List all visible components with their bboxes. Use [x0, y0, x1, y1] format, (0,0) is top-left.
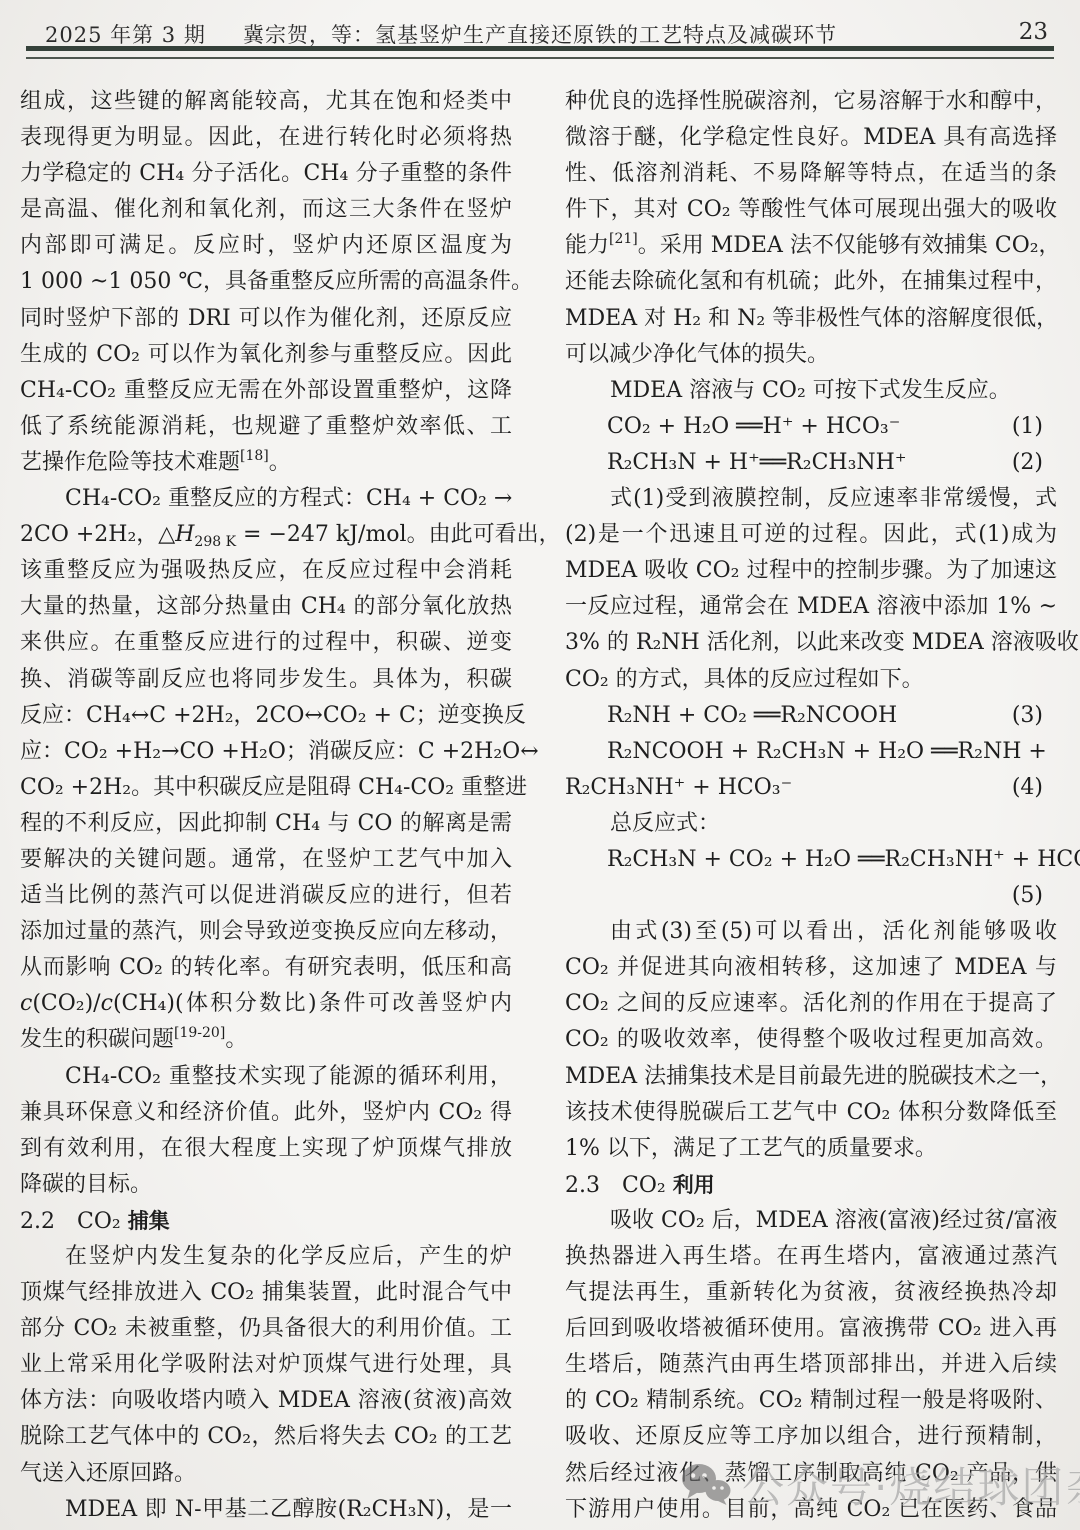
text-line: R₂CH₃NH⁺ + HCO₃⁻(4): [565, 770, 1057, 806]
text-line: R₂CH₃N + H⁺══R₂CH₃NH⁺(2): [565, 445, 1057, 481]
text-line: 还能去除硫化氢和有机硫；此外，在捕集过程中，: [565, 264, 1057, 300]
text-line: 添加过量的蒸汽，则会导致逆变换反应向左移动，: [20, 914, 512, 950]
text-line: CO₂ +2H₂。其中积碳反应是阻碍 CH₄-CO₂ 重整进: [20, 770, 512, 806]
text-line: 换、消碳等副反应也将同步发生。具体为，积碳: [20, 662, 512, 698]
text-line: 种优良的选择性脱碳溶剂，它易溶解于水和醇中，: [565, 84, 1057, 120]
text-line: R₂NCOOH + R₂CH₃N + H₂O ══R₂NH +: [565, 734, 1057, 770]
text-line: 性、低溶剂消耗、不易降解等特点，在适当的条: [565, 156, 1057, 192]
text-line: MDEA 法捕集技术是目前最先进的脱碳技术之一，: [565, 1059, 1057, 1095]
text-line: R₂CH₃N + CO₂ + H₂O ══R₂CH₃NH⁺ + HCO₃⁻: [565, 842, 1057, 878]
text-line: 从而影响 CO₂ 的转化率。有研究表明，低压和高: [20, 950, 512, 986]
text-line: 1% 以下，满足了工艺气的质量要求。: [565, 1131, 1057, 1167]
text-line: (5): [565, 878, 1057, 914]
text-line: c(CO₂)/c(CH₄)(体积分数比)条件可改善竖炉内: [20, 986, 512, 1022]
text-line: 部分 CO₂ 未被重整，仍具备很大的利用价值。工: [20, 1311, 512, 1347]
text-line: 发生的积碳问题[19-20]。: [20, 1022, 512, 1058]
text-line: 式(1)受到液膜控制，反应速率非常缓慢，式: [565, 481, 1057, 517]
text-line: 吸收、还原反应等工序加以组合，进行预精制，: [565, 1419, 1057, 1455]
text-line: 业上常采用化学吸附法对炉顶煤气进行处理，具: [20, 1347, 512, 1383]
section-heading: 2.2CO₂ 捕集: [20, 1203, 512, 1239]
text-line: 该重整反应为强吸热反应，在反应过程中会消耗: [20, 553, 512, 589]
text-line: 微溶于醚，化学稳定性良好。MDEA 具有高选择: [565, 120, 1057, 156]
page-number: 23: [1019, 19, 1048, 45]
text-line: 适当比例的蒸汽可以促进消碳反应的进行，但若: [20, 878, 512, 914]
text-line: 组成，这些键的解离能较高，尤其在饱和烃类中: [20, 84, 512, 120]
text-line: 到有效利用，在很大程度上实现了炉顶煤气排放: [20, 1131, 512, 1167]
text-line: 然后经过液化、蒸馏工序制取高纯 CO₂ 产品，供: [565, 1456, 1057, 1492]
text-line: 生成的 CO₂ 可以作为氧化剂参与重整反应。因此: [20, 337, 512, 373]
header-rule-thin: [26, 57, 1054, 59]
right-column: 种优良的选择性脱碳溶剂，它易溶解于水和醇中，微溶于醚，化学稳定性良好。MDEA …: [565, 84, 1057, 1528]
text-line: 应：CO₂ +H₂→CO +H₂O；消碳反应：C +2H₂O↔: [20, 734, 512, 770]
text-line: MDEA 即 N-甲基二乙醇胺(R₂CH₃N)，是一: [20, 1492, 512, 1528]
text-line: 力学稳定的 CH₄ 分子活化。CH₄ 分子重整的条件: [20, 156, 512, 192]
text-line: 在竖炉内发生复杂的化学反应后，产生的炉: [20, 1239, 512, 1275]
text-line: 脱除工艺气体中的 CO₂，然后将失去 CO₂ 的工艺: [20, 1419, 512, 1455]
text-line: 换热器进入再生塔。在再生塔内，富液通过蒸汽: [565, 1239, 1057, 1275]
text-line: 反应：CH₄↔C +2H₂，2CO↔CO₂ + C；逆变换反: [20, 698, 512, 734]
text-line: 气送入还原回路。: [20, 1456, 512, 1492]
journal-page: 2025 年第 3 期 冀宗贺，等：氢基竖炉生产直接还原铁的工艺特点及减碳环节 …: [0, 0, 1080, 1530]
text-line: 内部即可满足。反应时，竖炉内还原区温度为: [20, 228, 512, 264]
text-line: 表现得更为明显。因此，在进行转化时必须将热: [20, 120, 512, 156]
text-line: MDEA 溶液与 CO₂ 可按下式发生反应。: [565, 373, 1057, 409]
text-line: 体方法：向吸收塔内喷入 MDEA 溶液(贫液)高效: [20, 1383, 512, 1419]
text-line: 该技术使得脱碳后工艺气中 CO₂ 体积分数降低至: [565, 1095, 1057, 1131]
text-line: CH₄-CO₂ 重整反应的方程式：CH₄ + CO₂ →: [20, 481, 512, 517]
header-rule-thick: [26, 46, 1054, 51]
text-line: R₂NH + CO₂ ══R₂NCOOH(3): [565, 698, 1057, 734]
text-line: MDEA 吸收 CO₂ 过程中的控制步骤。为了加速这: [565, 553, 1057, 589]
text-line: CO₂ 并促进其向液相转移，这加速了 MDEA 与: [565, 950, 1057, 986]
text-line: 后回到吸收塔被循环使用。富液携带 CO₂ 进入再: [565, 1311, 1057, 1347]
text-line: 降碳的目标。: [20, 1167, 512, 1203]
text-line: 兼具环保意义和经济价值。此外，竖炉内 CO₂ 得: [20, 1095, 512, 1131]
text-line: 由式(3)至(5)可以看出，活化剂能够吸收: [565, 914, 1057, 950]
text-line: 大量的热量，这部分热量由 CH₄ 的部分氧化放热: [20, 589, 512, 625]
text-line: 2CO +2H₂，△H298 K = −247 kJ/mol。由此可看出，: [20, 517, 512, 553]
text-line: CH₄-CO₂ 重整反应无需在外部设置重整炉，这降: [20, 373, 512, 409]
text-line: 要解决的关键问题。通常，在竖炉工艺气中加入: [20, 842, 512, 878]
running-title: 冀宗贺，等：氢基竖炉生产直接还原铁的工艺特点及减碳环节: [0, 19, 1080, 49]
text-line: 一反应过程，通常会在 MDEA 溶液中添加 1% ~: [565, 589, 1057, 625]
text-line: CH₄-CO₂ 重整技术实现了能源的循环利用，: [20, 1059, 512, 1095]
page-header: 2025 年第 3 期 冀宗贺，等：氢基竖炉生产直接还原铁的工艺特点及减碳环节 …: [0, 19, 1080, 47]
text-line: CO₂ + H₂O ══H⁺ + HCO₃⁻(1): [565, 409, 1057, 445]
text-line: 可以减少净化气体的损失。: [565, 337, 1057, 373]
text-line: 来供应。在重整反应进行的过程中，积碳、逆变: [20, 625, 512, 661]
text-line: 顶煤气经排放进入 CO₂ 捕集装置，此时混合气中: [20, 1275, 512, 1311]
text-line: MDEA 对 H₂ 和 N₂ 等非极性气体的溶解度很低，: [565, 301, 1057, 337]
text-line: CO₂ 的吸收效率，使得整个吸收过程更加高效。: [565, 1022, 1057, 1058]
text-line: 的 CO₂ 精制系统。CO₂ 精制过程一般是将吸附、: [565, 1383, 1057, 1419]
text-line: 能力[21]。采用 MDEA 法不仅能够有效捕集 CO₂，: [565, 228, 1057, 264]
text-line: 下游用户使用。目前，高纯 CO₂ 已在医药、食品: [565, 1492, 1057, 1528]
text-line: 吸收 CO₂ 后，MDEA 溶液(富液)经过贫/富液: [565, 1203, 1057, 1239]
text-line: 总反应式：: [565, 806, 1057, 842]
left-column: 组成，这些键的解离能较高，尤其在饱和烃类中表现得更为明显。因此，在进行转化时必须…: [20, 84, 512, 1528]
text-line: 程的不利反应，因此抑制 CH₄ 与 CO 的解离是需: [20, 806, 512, 842]
text-line: CO₂ 之间的反应速率。活化剂的作用在于提高了: [565, 986, 1057, 1022]
text-line: 气提法再生，重新转化为贫液，贫液经换热冷却: [565, 1275, 1057, 1311]
text-line: 3% 的 R₂NH 活化剂，以此来改变 MDEA 溶液吸收: [565, 625, 1057, 661]
text-line: 1 000 ~1 050 ℃，具备重整反应所需的高温条件。: [20, 264, 512, 300]
text-line: 低了系统能源消耗，也规避了重整炉效率低、工: [20, 409, 512, 445]
text-line: CO₂ 的方式，具体的反应过程如下。: [565, 662, 1057, 698]
text-line: (2)是一个迅速且可逆的过程。因此，式(1)成为: [565, 517, 1057, 553]
text-line: 艺操作危险等技术难题[18]。: [20, 445, 512, 481]
text-line: 是高温、催化剂和氧化剂，而这三大条件在竖炉: [20, 192, 512, 228]
section-heading: 2.3CO₂ 利用: [565, 1167, 1057, 1203]
text-line: 同时竖炉下部的 DRI 可以作为催化剂，还原反应: [20, 301, 512, 337]
text-line: 件下，其对 CO₂ 等酸性气体可展现出强大的吸收: [565, 192, 1057, 228]
text-line: 生塔后，随蒸汽由再生塔顶部排出，并进入后续: [565, 1347, 1057, 1383]
